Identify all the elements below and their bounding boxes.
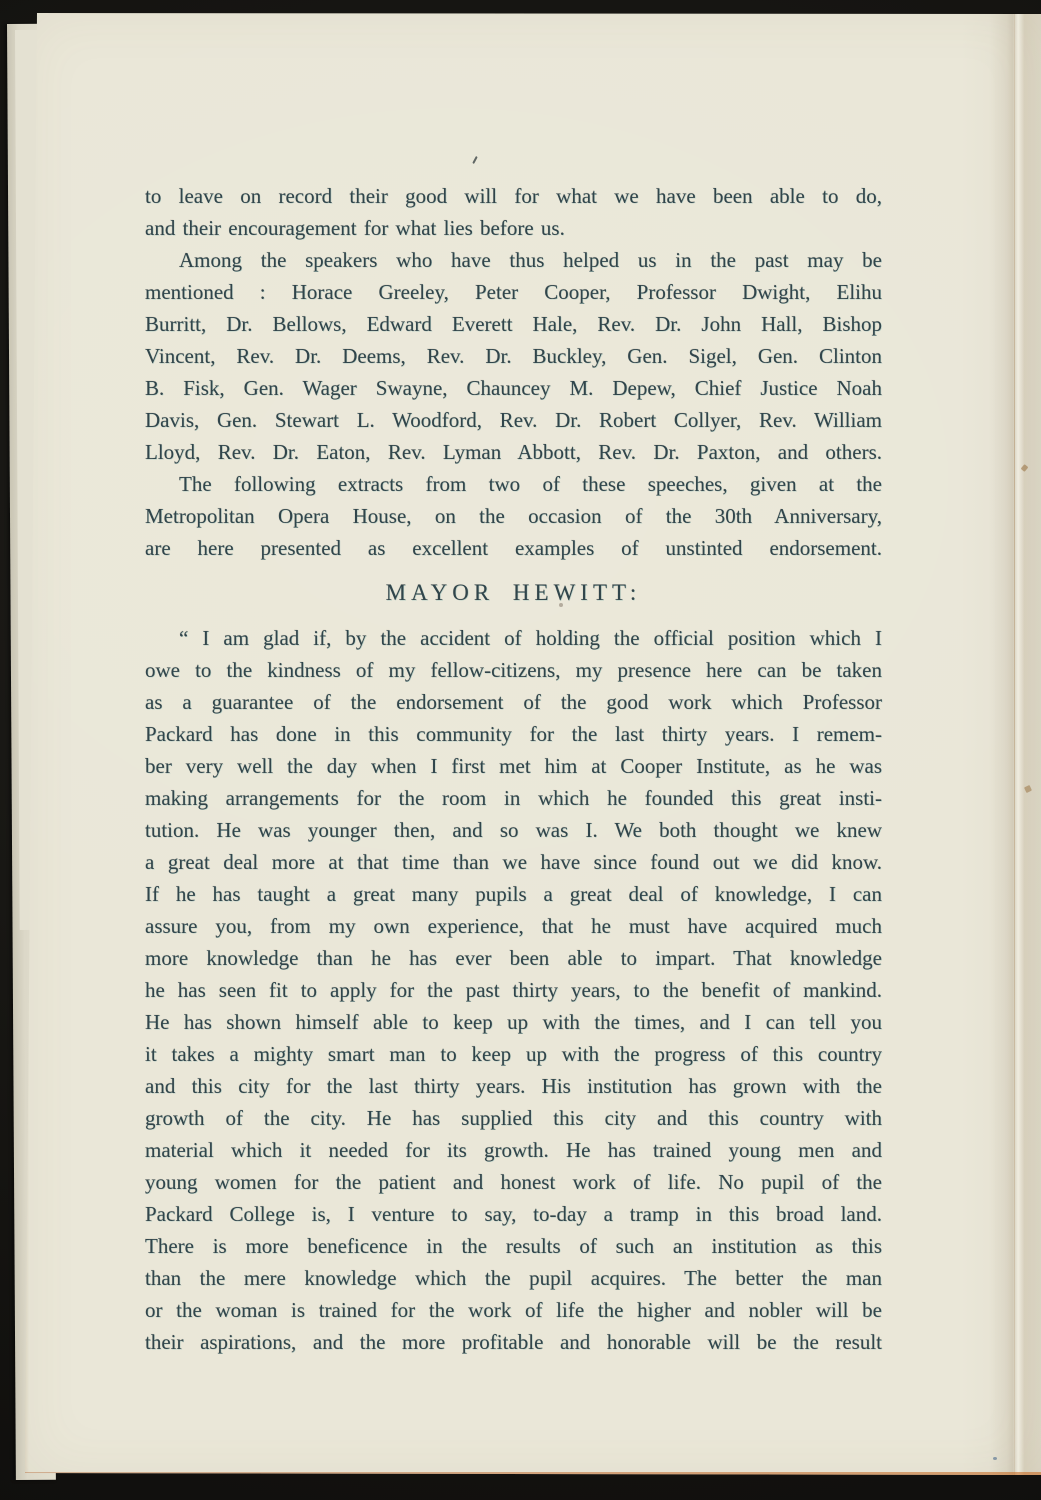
text-line: a great deal more at that time than we h… [145, 846, 882, 878]
text-line: young women for the patient and honest w… [145, 1166, 882, 1198]
text-line: “ I am glad if, by the accident of holdi… [145, 622, 882, 654]
text-line: more knowledge than he has ever been abl… [145, 942, 882, 974]
page-fold-crease [989, 12, 1041, 1476]
text-line: Among the speakers who have thus helped … [145, 244, 882, 276]
text-line: making arrangements for the room in whic… [145, 782, 882, 814]
page-fold-crease-line [1014, 12, 1015, 1476]
text-line: Packard College is, I venture to say, to… [145, 1198, 882, 1230]
text-line: There is more beneficence in the results… [145, 1230, 882, 1262]
book-page: to leave on record their good will for w… [25, 12, 1041, 1476]
text-line: assure you, from my own experience, that… [145, 910, 882, 942]
text-line: material which it needed for its growth.… [145, 1134, 882, 1166]
text-line: Vincent, Rev. Dr. Deems, Rev. Dr. Buckle… [145, 340, 882, 372]
text-line: as a guarantee of the endorsement of the… [145, 686, 882, 718]
text-line: Lloyd, Rev. Dr. Eaton, Rev. Lyman Abbott… [145, 436, 882, 468]
dust-speck [559, 603, 563, 607]
text-line: Burritt, Dr. Bellows, Edward Everett Hal… [145, 308, 882, 340]
text-line: and their encouragement for what lies be… [145, 212, 882, 244]
text-line: He has shown himself able to keep up wit… [145, 1006, 882, 1038]
text-line: and this city for the last thirty years.… [145, 1070, 882, 1102]
text-line: to leave on record their good will for w… [145, 180, 882, 212]
text-line: owe to the kindness of my fellow-citizen… [145, 654, 882, 686]
text-line: mentioned : Horace Greeley, Peter Cooper… [145, 276, 882, 308]
text-line: or the woman is trained for the work of … [145, 1294, 882, 1326]
text-line: it takes a mighty smart man to keep up w… [145, 1038, 882, 1070]
dust-speck [993, 1457, 997, 1460]
text-line: than the mere knowledge which the pupil … [145, 1262, 882, 1294]
text-line: are here presented as excellent examples… [145, 532, 882, 564]
text-line: If he has taught a great many pupils a g… [145, 878, 882, 910]
text-line: The following extracts from two of these… [145, 468, 882, 500]
text-line: ber very well the day when I first met h… [145, 750, 882, 782]
text-line: Metropolitan Opera House, on the occasio… [145, 500, 882, 532]
page-text: to leave on record their good will for w… [145, 180, 882, 1358]
speaker-heading: MAYOR HEWITT: [145, 576, 882, 610]
text-line: B. Fisk, Gen. Wager Swayne, Chauncey M. … [145, 372, 882, 404]
text-line: Davis, Gen. Stewart L. Woodford, Rev. Dr… [145, 404, 882, 436]
text-line: growth of the city. He has supplied this… [145, 1102, 882, 1134]
text-line: tution. He was younger then, and so was … [145, 814, 882, 846]
text-line: their aspirations, and the more profitab… [145, 1326, 882, 1358]
text-line: he has seen fit to apply for the past th… [145, 974, 882, 1006]
text-line: Packard has done in this community for t… [145, 718, 882, 750]
